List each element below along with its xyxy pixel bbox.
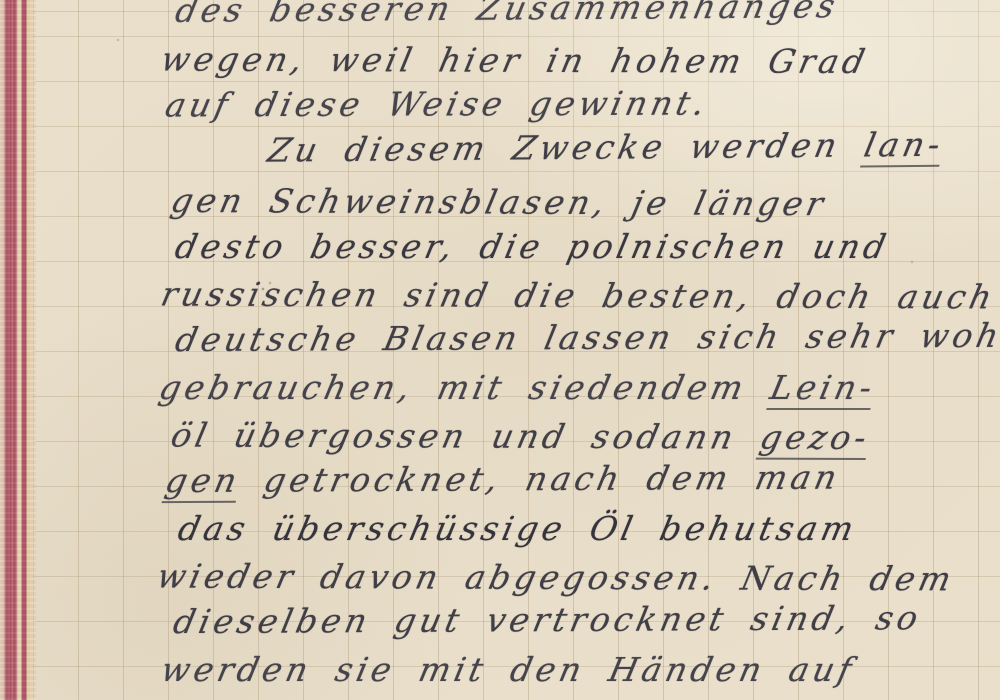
handwriting-line: desto besser, die polnischen und <box>11 223 1000 270</box>
handwriting-line: des besseren Zusammenhanges <box>11 0 1000 35</box>
handwriting-segment: desto besser, die polnischen und <box>172 227 893 266</box>
handwriting-segment: werden sie mit den Händen auf <box>158 650 859 689</box>
handwritten-text-block: des besseren Zusammenhangeswegen, weil h… <box>0 0 1000 693</box>
handwriting-line: wegen, weil hier in hohem Grad <box>0 35 1000 85</box>
handwriting-line: gen getrocknet, nach dem man <box>1 453 1000 505</box>
handwriting-line: gen Schweinsblasen, je länger <box>7 176 1000 228</box>
handwriting-segment: getrocknet, nach dem man <box>236 458 844 500</box>
handwriting-line: das überschüssige Öl behutsam <box>14 505 1000 552</box>
handwriting-segment: auf diese Weise gewinnt. <box>162 84 712 125</box>
handwriting-line: dieselben gut vertrocknet sind, so <box>9 594 1000 646</box>
handwriting-tail-underlined: Lein- <box>766 368 879 410</box>
handwriting-line: Zu diesem Zwecke werden lan- <box>0 120 1000 176</box>
handwriting-tail-underlined: lan- <box>860 125 947 168</box>
handwriting-line: deutsche Blasen lassen sich sehr wohl <box>11 312 1000 364</box>
handwriting-segment: gebrauchen, mit siedendem <box>156 368 775 407</box>
handwriting-segment: dieselben gut vertrocknet sind, so <box>170 598 925 641</box>
handwriting-line: gebrauchen, mit siedendem Lein- <box>0 364 1000 411</box>
handwriting-segment: öl übergossen und sodann <box>168 416 765 457</box>
handwriting-segment: das überschüssige Öl behutsam <box>175 509 861 548</box>
handwriting-segment: des besseren Zusammenhanges <box>172 0 842 30</box>
handwriting-segment: russischen sind die besten, doch auch <box>158 275 1000 317</box>
handwriting-segment: wegen, weil hier in hohem Grad <box>158 40 872 81</box>
handwriting-line: werden sie mit den Händen auf <box>0 646 1000 693</box>
handwriting-segment: deutsche Blasen lassen sich sehr wohl <box>172 316 1000 359</box>
handwriting-head-underlined: gen <box>162 461 245 503</box>
manuscript-scan: des besseren Zusammenhangeswegen, weil h… <box>0 0 1000 700</box>
handwriting-segment: wieder davon abgegossen. Nach dem <box>154 557 959 599</box>
handwriting-segment: gen Schweinsblasen, je länger <box>168 181 831 223</box>
handwriting-segment: Zu diesem Zwecke werden <box>265 125 869 169</box>
